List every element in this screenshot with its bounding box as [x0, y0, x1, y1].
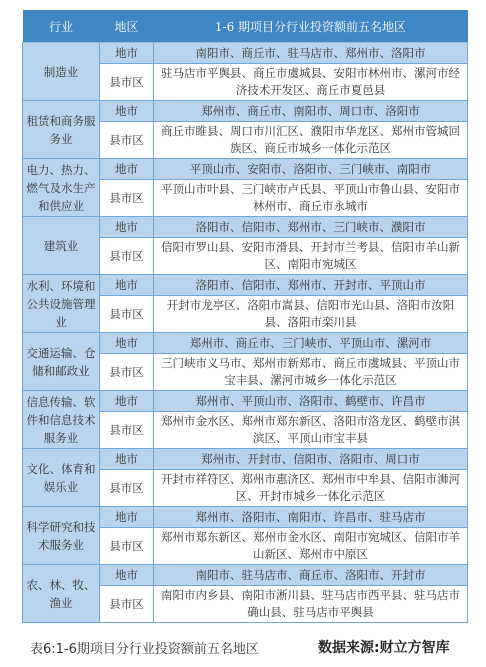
county-list-cell: 开封市龙亭区、洛阳市嵩县、信阳市光山县、洛阳市汝阳县、洛阳市栾川县 [154, 296, 468, 333]
level-city-cell: 地市 [100, 217, 154, 238]
level-county-cell: 县市区 [100, 122, 154, 159]
level-city-cell: 地市 [100, 449, 154, 470]
level-city-cell: 地市 [100, 101, 154, 122]
county-list-cell: 三门峡市义马市、郑州市新郑市、商丘市虞城县、平顶山市宝丰县、漯河市城乡一体化示范… [154, 354, 468, 391]
county-list-cell: 平顶山市叶县、三门峡市卢氏县、平顶山市鲁山县、安阳市林州市、商丘市永城市 [154, 180, 468, 217]
level-city-cell: 地市 [100, 43, 154, 64]
table-caption: 表6:1-6期项目分行业投资额前五名地区 [30, 638, 259, 657]
level-county-cell: 县市区 [100, 412, 154, 449]
county-list-cell: 开封市祥符区、郑州市惠济区、郑州市中牟县、信阳市浉河区、开封市城乡一体化示范区 [154, 470, 468, 507]
level-city-cell: 地市 [100, 507, 154, 528]
industry-cell: 农、林、牧、渔业 [23, 565, 100, 623]
level-county-cell: 县市区 [100, 64, 154, 101]
level-county-cell: 县市区 [100, 296, 154, 333]
city-list-cell: 郑州市、商丘市、南阳市、周口市、洛阳市 [154, 101, 468, 122]
industry-cell: 制造业 [23, 43, 100, 101]
level-county-cell: 县市区 [100, 238, 154, 275]
table-row-city: 文化、体育和娱乐业地市郑州市、开封市、信阳市、洛阳市、周口市 [23, 449, 468, 470]
level-city-cell: 地市 [100, 391, 154, 412]
industry-cell: 文化、体育和娱乐业 [23, 449, 100, 507]
level-city-cell: 地市 [100, 565, 154, 586]
industry-cell: 信息传输、软件和信息技术服务业 [23, 391, 100, 449]
county-list-cell: 商丘市睢县、周口市川汇区、濮阳市华龙区、郑州市管城回族区、商丘市城乡一体化示范区 [154, 122, 468, 159]
investment-table: 行业 地区 1-6 期项目分行业投资额前五名地区 制造业地市南阳市、商丘市、驻马… [22, 10, 468, 623]
data-source: 数据来源:财立方智库 [318, 637, 450, 657]
county-list-cell: 驻马店市平舆县、商丘市虞城县、安阳市林州市、漯河市经济技术开发区、商丘市夏邑县 [154, 64, 468, 101]
industry-cell: 水利、环境和公共设施管理业 [23, 275, 100, 333]
city-list-cell: 郑州市、平顶山市、洛阳市、鹤壁市、许昌市 [154, 391, 468, 412]
city-list-cell: 郑州市、开封市、信阳市、洛阳市、周口市 [154, 449, 468, 470]
level-city-cell: 地市 [100, 159, 154, 180]
city-list-cell: 洛阳市、信阳市、郑州市、开封市、平顶山市 [154, 275, 468, 296]
table-row-city: 信息传输、软件和信息技术服务业地市郑州市、平顶山市、洛阳市、鹤壁市、许昌市 [23, 391, 468, 412]
county-list-cell: 郑州市金水区、郑州市郑东新区、洛阳市洛龙区、鹤壁市淇滨区、平顶山市宝丰县 [154, 412, 468, 449]
city-list-cell: 南阳市、商丘市、驻马店市、郑州市、洛阳市 [154, 43, 468, 64]
table-row-city: 电力、热力、燃气及水生产和供应业地市平顶山市、安阳市、洛阳市、三门峡市、南阳市 [23, 159, 468, 180]
level-county-cell: 县市区 [100, 354, 154, 391]
table-row-city: 水利、环境和公共设施管理业地市洛阳市、信阳市、郑州市、开封市、平顶山市 [23, 275, 468, 296]
city-list-cell: 洛阳市、信阳市、郑州市、三门峡市、濮阳市 [154, 217, 468, 238]
industry-cell: 租赁和商务服务业 [23, 101, 100, 159]
table-row-city: 交通运输、仓储和邮政业地市郑州市、商丘市、三门峡市、平顶山市、漯河市 [23, 333, 468, 354]
table-row-city: 制造业地市南阳市、商丘市、驻马店市、郑州市、洛阳市 [23, 43, 468, 64]
level-county-cell: 县市区 [100, 470, 154, 507]
table-row-city: 建筑业地市洛阳市、信阳市、郑州市、三门峡市、濮阳市 [23, 217, 468, 238]
county-list-cell: 郑州市郑东新区、郑州市金水区、南阳市宛城区、信阳市羊山新区、郑州市中原区 [154, 528, 468, 565]
county-list-cell: 信阳市罗山县、安阳市滑县、开封市兰考县、信阳市羊山新区、南阳市宛城区 [154, 238, 468, 275]
industry-cell: 科学研究和技术服务业 [23, 507, 100, 565]
table-header-row: 行业 地区 1-6 期项目分行业投资额前五名地区 [23, 10, 468, 43]
table-row-city: 租赁和商务服务业地市郑州市、商丘市、南阳市、周口市、洛阳市 [23, 101, 468, 122]
header-top5: 1-6 期项目分行业投资额前五名地区 [154, 10, 468, 43]
city-list-cell: 平顶山市、安阳市、洛阳市、三门峡市、南阳市 [154, 159, 468, 180]
level-city-cell: 地市 [100, 333, 154, 354]
table-row-city: 农、林、牧、渔业地市南阳市、驻马店市、商丘市、洛阳市、开封市 [23, 565, 468, 586]
city-list-cell: 郑州市、洛阳市、南阳市、许昌市、驻马店市 [154, 507, 468, 528]
level-city-cell: 地市 [100, 275, 154, 296]
industry-cell: 交通运输、仓储和邮政业 [23, 333, 100, 391]
industry-cell: 电力、热力、燃气及水生产和供应业 [23, 159, 100, 217]
industry-cell: 建筑业 [23, 217, 100, 275]
level-county-cell: 县市区 [100, 180, 154, 217]
header-industry: 行业 [23, 10, 100, 43]
level-county-cell: 县市区 [100, 586, 154, 623]
header-region: 地区 [100, 10, 154, 43]
city-list-cell: 南阳市、驻马店市、商丘市、洛阳市、开封市 [154, 565, 468, 586]
county-list-cell: 南阳市内乡县、南阳市淅川县、驻马店市西平县、驻马店市确山县、驻马店市平舆县 [154, 586, 468, 623]
city-list-cell: 郑州市、商丘市、三门峡市、平顶山市、漯河市 [154, 333, 468, 354]
table-row-city: 科学研究和技术服务业地市郑州市、洛阳市、南阳市、许昌市、驻马店市 [23, 507, 468, 528]
level-county-cell: 县市区 [100, 528, 154, 565]
